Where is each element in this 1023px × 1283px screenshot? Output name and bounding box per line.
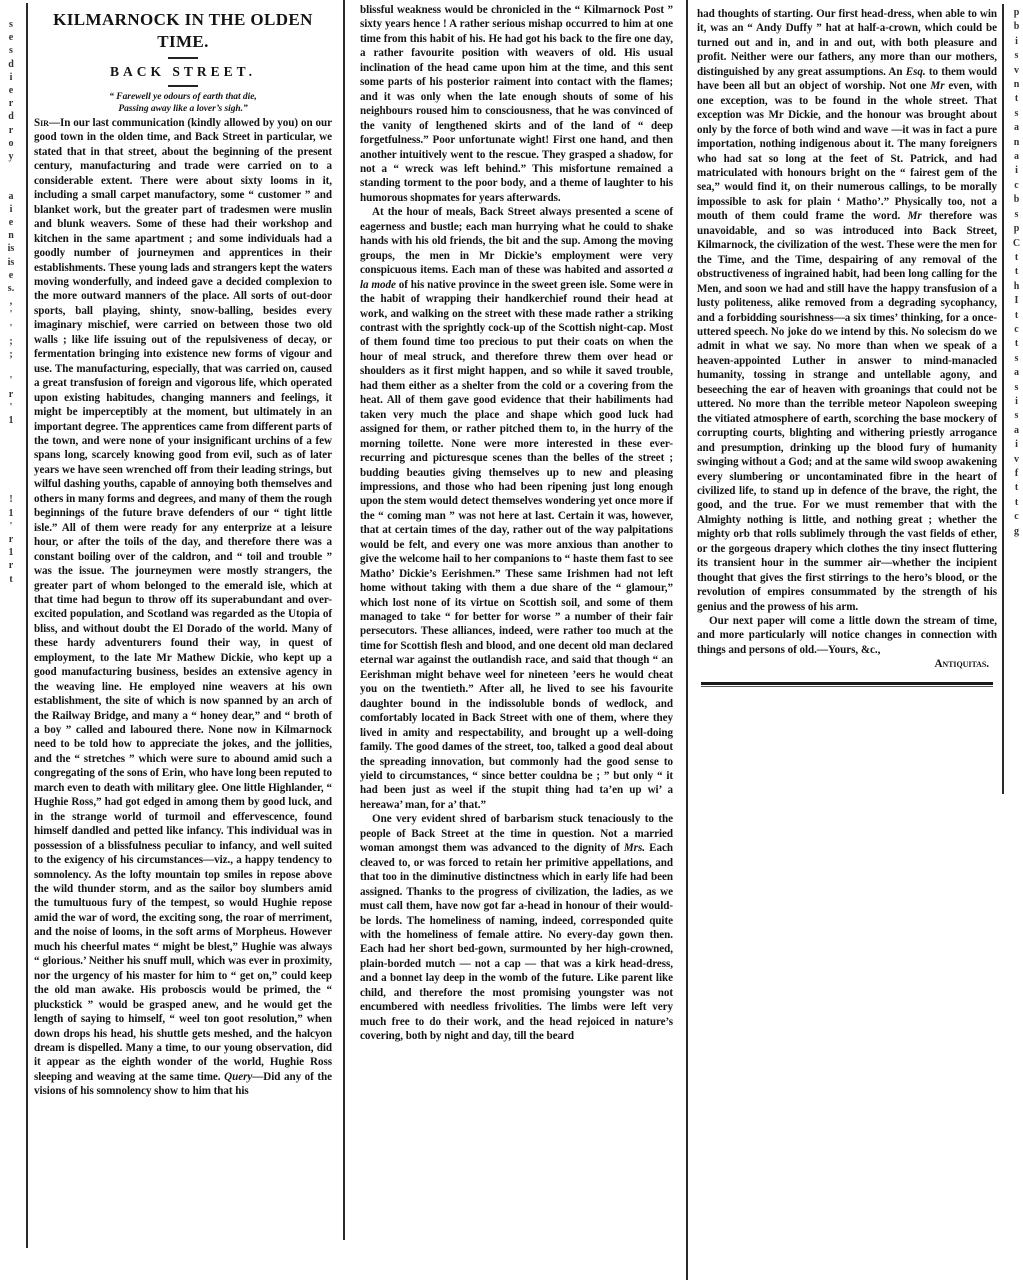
italic-phrase: Mr [908, 210, 922, 222]
paragraph: Our next paper will come a little down t… [697, 614, 997, 657]
end-rule-thin [701, 686, 993, 687]
italic-phrase: Esq. [906, 66, 926, 78]
epigraph-line-1: “ Farewell ye odours of earth that die, [109, 92, 256, 102]
article-subheadline: BACK STREET. [34, 63, 332, 81]
column-rule-left [26, 3, 28, 1248]
newspaper-page: s e s d i e r d r o y a i e n is is e s.… [0, 0, 1023, 1283]
signature: Antiquitas. [697, 657, 997, 671]
left-margin-fragments: s e s d i e r d r o y a i e n is is e s.… [4, 18, 18, 586]
column-rule-2-3 [686, 0, 688, 1280]
epigraph: “ Farewell ye odours of earth that die, … [34, 91, 332, 115]
article-headline: KILMARNOCK IN THE OLDEN TIME. [34, 9, 332, 53]
italic-phrase: Mr [930, 80, 944, 92]
epigraph-line-2: Passing away like a lover’s sigh.” [118, 104, 247, 114]
paragraph-text: of his native province in the sweet gree… [360, 279, 673, 811]
salutation: Sir [34, 117, 49, 129]
column-2: blissful weakness would be chronicled in… [360, 3, 673, 1044]
paragraph: blissful weakness would be chronicled in… [360, 3, 673, 205]
paragraph-text: Each cleaved to, or was forced to retain… [360, 842, 673, 1042]
right-margin-fragments: p b i s v n t s a n a i c b s p C t t h … [1010, 6, 1023, 826]
column-rule-1-2 [343, 0, 345, 1240]
paragraph-text: even, with one exception, was to be foun… [697, 80, 997, 222]
query-label: Query [224, 1071, 252, 1083]
subheadline-divider [168, 85, 198, 87]
paragraph: One very evident shred of barbarism stuc… [360, 812, 673, 1043]
column-3: had thoughts of starting. Our first head… [697, 7, 997, 687]
paragraph: had thoughts of starting. Our first head… [697, 7, 997, 614]
italic-phrase: Mrs. [624, 842, 645, 854]
headline-divider [168, 57, 198, 59]
paragraph: Sir—In our last communication (kindly al… [34, 116, 332, 1099]
paragraph-text: therefore was unavoidable, and so was in… [697, 210, 997, 612]
column-1: KILMARNOCK IN THE OLDEN TIME. BACK STREE… [34, 5, 332, 1099]
paragraph-text: At the hour of meals, Back Street always… [360, 206, 673, 276]
end-rule-thick [701, 682, 993, 685]
column-rule-right [1002, 4, 1004, 794]
paragraph-text: —In our last communication (kindly allow… [34, 117, 332, 1083]
paragraph: At the hour of meals, Back Street always… [360, 205, 673, 812]
